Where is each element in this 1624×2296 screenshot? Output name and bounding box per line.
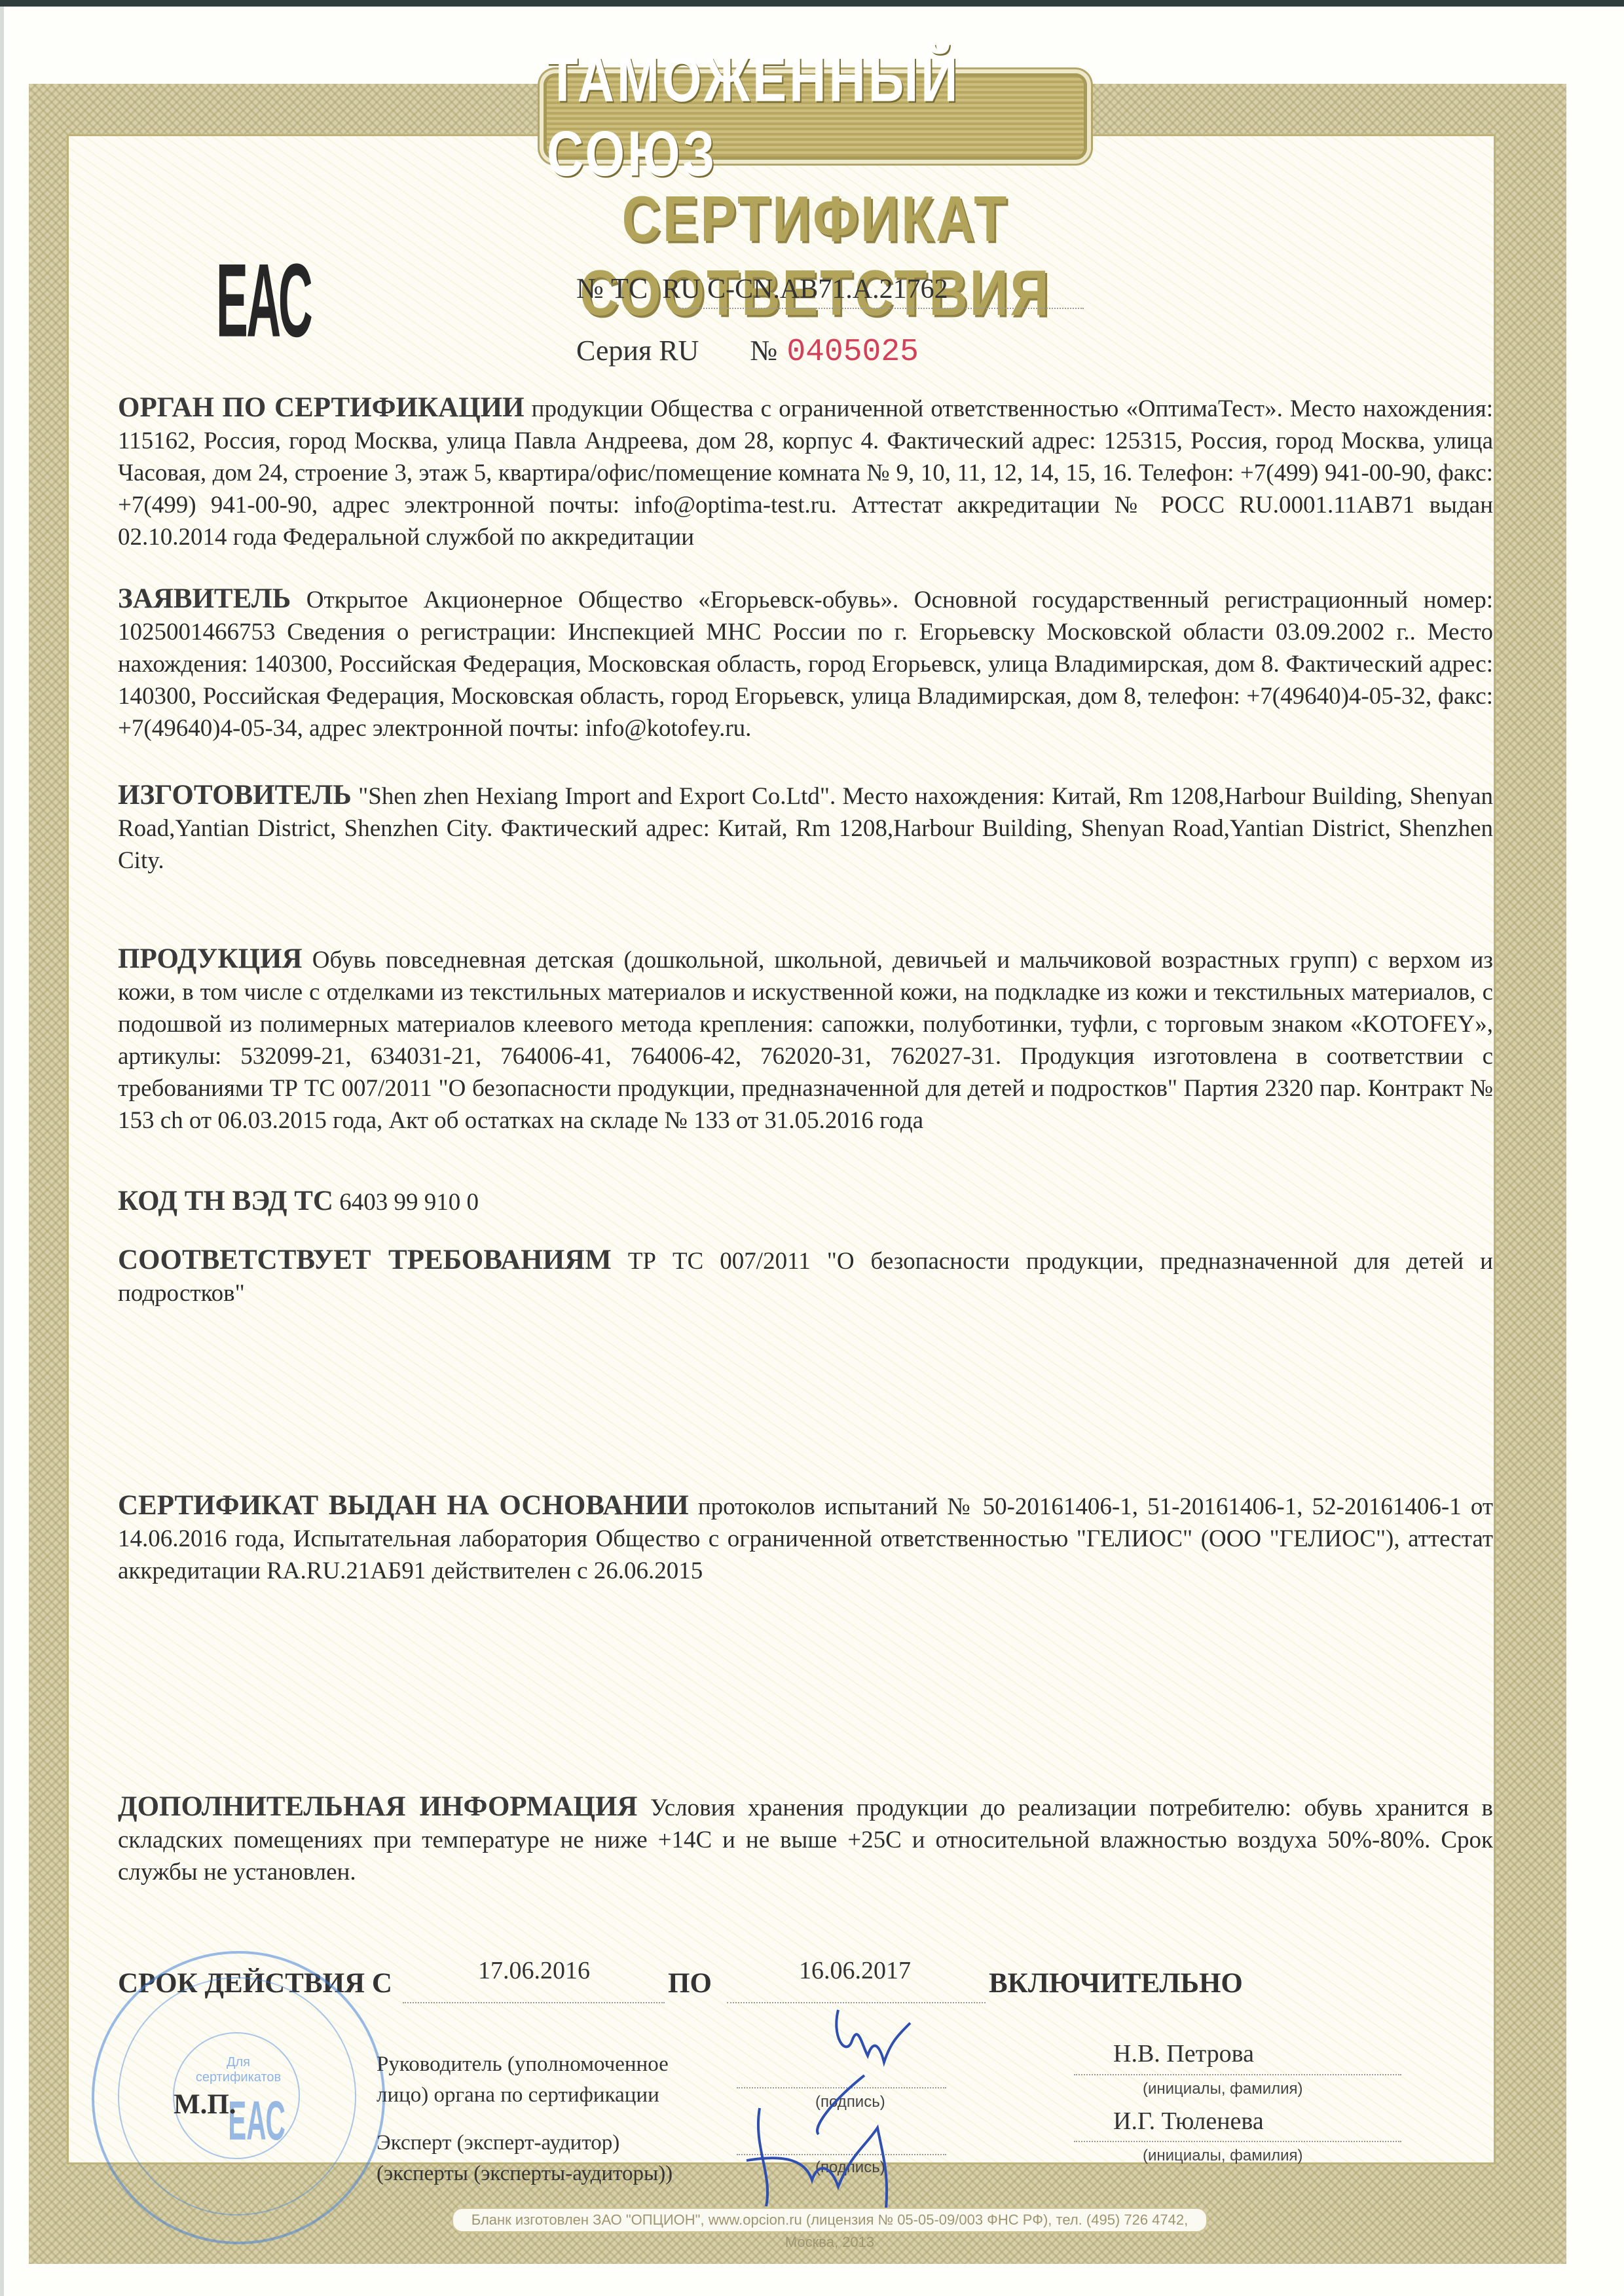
eac-logo-icon: ЕАС [216,249,277,382]
head-label-line1: Руководитель (уполномоченное [377,2052,669,2077]
head-name-caption: (инициалы, фамилия) [1143,2080,1303,2098]
validity-inclusive-label: ВКЛЮЧИТЕЛЬНО [989,1967,1243,1999]
validity-from-date: 17.06.2016 [478,1956,590,1985]
expert-label-line2: (эксперты (эксперты-аудиторы)) [377,2162,673,2186]
section-label: ИЗГОТОВИТЕЛЬ [118,780,352,811]
series-row: Серия RU№0405025 [576,334,919,370]
head-label-line2: лицо) органа по сертификации [377,2083,659,2107]
expert-name-line [1074,2141,1401,2142]
head-name: Н.В. Петрова [1113,2039,1254,2068]
section-label: ДОПОЛНИТЕЛЬНАЯ ИНФОРМАЦИЯ [118,1791,637,1822]
expert-name: И.Г. Тюленева [1113,2107,1264,2136]
section-product: ПРОДУКЦИЯ Обувь повседневная детская (до… [118,943,1493,1137]
serial-number: 0405025 [786,335,919,370]
section-text: Обувь повседневная детская (дошкольной, … [118,947,1493,1134]
head-name-line [1074,2074,1401,2075]
section-label: ЗАЯВИТЕЛЬ [118,583,291,614]
stamp-eac-icon: ЕАС [228,2089,286,2152]
certificate-number: № ТСRU C-CN.АВ71.А.21762 [576,272,948,305]
section-manufacturer: ИЗГОТОВИТЕЛЬ "Shen zhen Hexiang Import a… [118,779,1493,877]
section-label: ПРОДУКЦИЯ [118,943,303,974]
seal-label: М.П. [174,2088,236,2121]
section-label: СООТВЕТСТВУЕТ ТРЕБОВАНИЯМ [118,1245,612,1275]
section-label: ОРГАН ПО СЕРТИФИКАЦИИ [118,392,525,423]
series-label: Серия RU [576,335,699,367]
section-label: СЕРТИФИКАТ ВЫДАН НА ОСНОВАНИИ [118,1490,689,1521]
scan-left-edge [0,7,4,2296]
section-certification-body: ОРГАН ПО СЕРТИФИКАЦИИ продукции Общества… [118,392,1493,553]
section-basis: СЕРТИФИКАТ ВЫДАН НА ОСНОВАНИИ протоколов… [118,1489,1493,1587]
expert-name-caption: (инициалы, фамилия) [1143,2147,1303,2165]
section-applicant: ЗАЯВИТЕЛЬ Открытое Акционерное Общество … [118,583,1493,744]
blank-manufacturer-info: Бланк изготовлен ЗАО "ОПЦИОН", www.opcio… [452,2208,1208,2232]
section-text: 6403 99 910 0 [339,1189,479,1216]
validity-from-line [403,2002,665,2003]
stamp-center-text: Для сертификатов [193,2055,284,2085]
customs-union-banner: ТАМОЖЕННЫЙ СОЮЗ [544,73,1087,160]
expert-label-line1: Эксперт (эксперт-аудитор) [377,2131,619,2155]
number-value: RU C-CN.АВ71.А.21762 [662,274,948,304]
section-hs-code: КОД ТН ВЭД ТС 6403 99 910 0 [118,1185,1493,1218]
certification-body-stamp: Для сертификатов ЕАС [92,1951,385,2244]
customs-union-text: ТАМОЖЕННЫЙ СОЮЗ [547,42,1084,191]
scan-top-edge [0,0,1624,7]
section-text: Открытое Акционерное Общество «Егорьевск… [118,587,1493,742]
section-additional-info: ДОПОЛНИТЕЛЬНАЯ ИНФОРМАЦИЯ Условия хранен… [118,1791,1493,1888]
serial-no-label: № [750,335,777,367]
validity-to-date: 16.06.2017 [799,1956,911,1985]
validity-to-label: ПО [668,1967,712,1999]
number-underline [678,308,1084,309]
number-label: № ТС [576,272,648,304]
section-conformity: СООТВЕТСТВУЕТ ТРЕБОВАНИЯМ ТР ТС 007/2011… [118,1244,1493,1309]
section-label: КОД ТН ВЭД ТС [118,1186,333,1216]
